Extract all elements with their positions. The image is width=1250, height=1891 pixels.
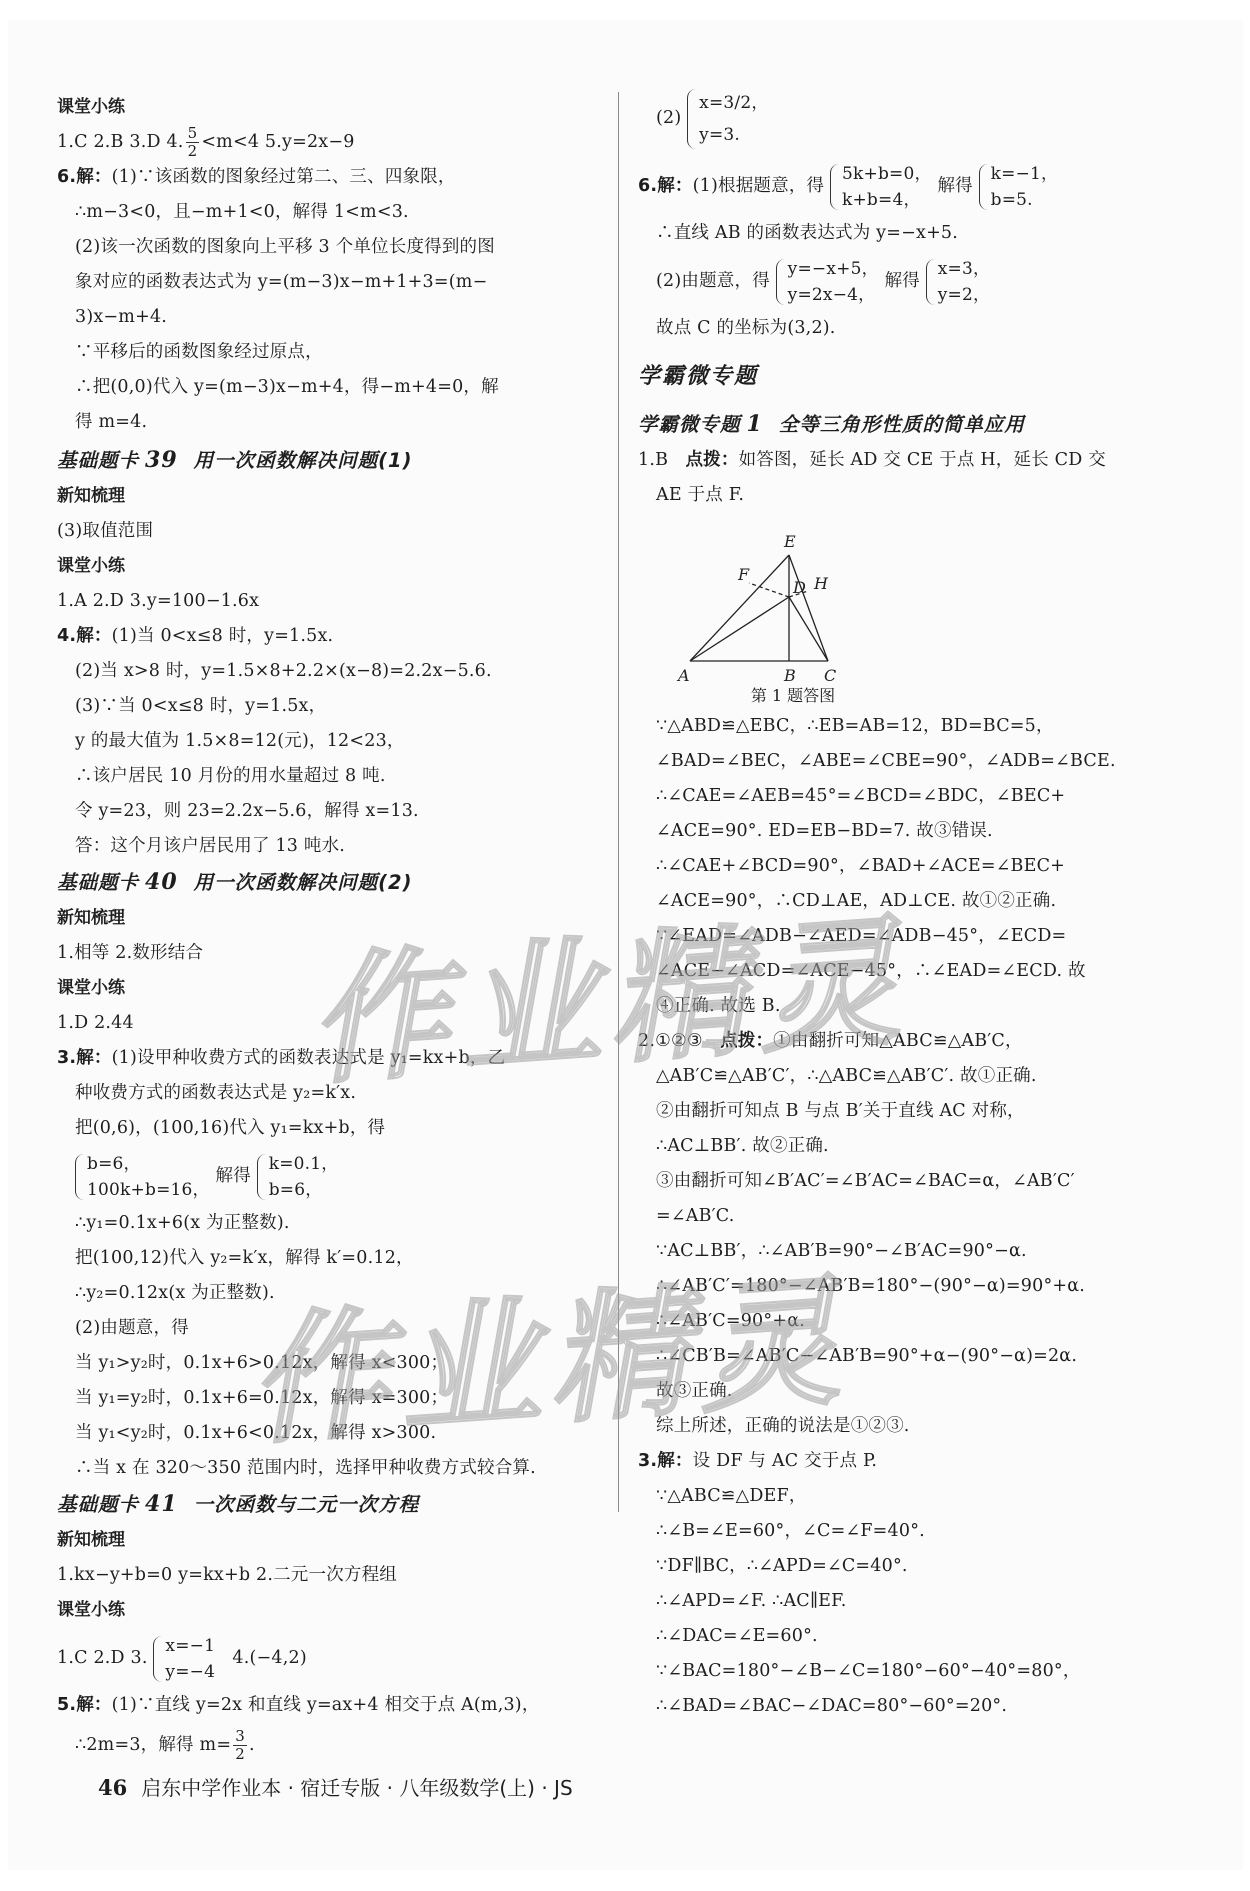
section-xinzhi: 新知梳理 <box>57 1523 612 1558</box>
answer-line: ∴AC⊥BB′. 故②正确. <box>638 1129 1198 1164</box>
answer-line: 当 y₁>y₂时，0.1x+6>0.12x，解得 x<300； <box>57 1346 612 1381</box>
answer-line: ∴∠AB′C′=180°−∠AB′B=180°−(90°−α)=90°+α. <box>638 1269 1198 1304</box>
answer-line: 1.C 2.B 3.D 4.52<m<4 5.y=2x−9 <box>57 125 612 160</box>
answer-line: ∴∠DAC=∠E=60°. <box>638 1619 1198 1654</box>
fraction: 52 <box>186 125 200 160</box>
equation-system: k=0.1，b=6， <box>257 1151 339 1203</box>
left-column: 课堂小练 1.C 2.B 3.D 4.52<m<4 5.y=2x−9 6.解：(… <box>57 90 612 1767</box>
answer-line: ∴2m=3，解得 m=32. <box>57 1723 612 1767</box>
svg-text:B: B <box>783 666 796 683</box>
answer-line: 5.解：(1)∵直线 y=2x 和直线 y=ax+4 相交于点 A(m,3)， <box>57 1688 612 1723</box>
answer-line: 3.解：设 DF 与 AC 交于点 P. <box>638 1444 1198 1479</box>
answer-line: ∵△ABD≌△EBC，∴EB=AB=12，BD=BC=5， <box>638 709 1198 744</box>
answer-line: 3)x−m+4. <box>57 300 612 335</box>
answer-line: ∴把(0,0)代入 y=(m−3)x−m+4，得−m+4=0，解 <box>57 370 612 405</box>
answer-line: ∴∠B=∠E=60°，∠C=∠F=40°. <box>638 1514 1198 1549</box>
answer-line: ∴∠APD=∠F. ∴AC∥EF. <box>638 1584 1198 1619</box>
equation-system: x=−1y=−4 <box>153 1633 215 1685</box>
svg-text:C: C <box>824 666 836 683</box>
answer-line: ∵DF∥BC，∴∠APD=∠C=40°. <box>638 1549 1198 1584</box>
figure-caption: 第 1 题答图 <box>458 683 1198 709</box>
answer-line: ∵平移后的函数图象经过原点， <box>57 335 612 370</box>
answer-page: 课堂小练 1.C 2.B 3.D 4.52<m<4 5.y=2x−9 6.解：(… <box>8 20 1243 1870</box>
svg-text:D: D <box>792 578 806 597</box>
answer-line: 答：这个月该户居民用了 13 吨水. <box>57 829 612 864</box>
equation-system: 5k+b=0，k+b=4， <box>830 161 932 213</box>
answer-line: ∵AC⊥BB′，∴∠AB′B=90°−∠B′AC=90°−α. <box>638 1234 1198 1269</box>
right-column: (2) x=3/2，y=3. 6.解：(1)根据题意，得 5k+b=0，k+b=… <box>638 80 1198 1724</box>
answer-line: ∴y₁=0.1x+6(x 为正整数). <box>57 1206 612 1241</box>
geometry-diagram: E F D H A B C <box>638 513 1198 683</box>
card-40-title: 基础题卡40用一次函数解决问题(2) <box>57 864 612 901</box>
answer-line: 综上所述，正确的说法是①②③. <box>638 1409 1198 1444</box>
svg-text:E: E <box>783 532 796 551</box>
answer-line: ∠ACE=90°. ED=EB−BD=7. 故③错误. <box>638 814 1198 849</box>
equation-system: k=−1，b=5. <box>979 161 1059 213</box>
equation-system-line: b=6，100k+b=16， 解得 k=0.1，b=6， <box>57 1146 612 1206</box>
answer-line: 种收费方式的函数表达式是 y₂=k′x. <box>57 1076 612 1111</box>
page-number: 46 <box>98 1775 127 1800</box>
answer-line: ∴∠CB′B=∠AB′C−∠AB′B=90°+α−(90°−α)=2α. <box>638 1339 1198 1374</box>
answer-line: 象对应的函数表达式为 y=(m−3)x−m+1+3=(m− <box>57 265 612 300</box>
answer-line: 2.①②③ 点拨：①由翻折可知△ABC≌△AB′C， <box>638 1024 1198 1059</box>
answer-line: ∵∠BAC=180°−∠B−∠C=180°−60°−40°=80°， <box>638 1654 1198 1689</box>
answer-line: 1.D 2.44 <box>57 1006 612 1041</box>
svg-text:F: F <box>737 565 750 584</box>
answer-line: 1.kx−y+b=0 y=kx+b 2.二元一次方程组 <box>57 1558 612 1593</box>
answer-line: ②由翻折可知点 B 与点 B′关于直线 AC 对称， <box>638 1094 1198 1129</box>
section-ketang: 课堂小练 <box>57 971 612 1006</box>
answer-line: ∴当 x 在 320～350 范围内时，选择甲种收费方式较合算. <box>57 1451 612 1486</box>
answer-line: 故③正确. <box>638 1374 1198 1409</box>
triangle-figure: E F D H A B C <box>638 513 1198 683</box>
answer-line: 故点 C 的坐标为(3,2). <box>638 311 1198 346</box>
answer-line: ∴∠AB′C=90°+α. <box>638 1304 1198 1339</box>
book-title: 启东中学作业本 · 宿迁专版 · 八年级数学(上) · JS <box>141 1776 572 1800</box>
card-39-title: 基础题卡39用一次函数解决问题(1) <box>57 442 612 479</box>
card-41-title: 基础题卡41一次函数与二元一次方程 <box>57 1486 612 1523</box>
svg-text:A: A <box>676 666 690 683</box>
answer-line: ∵∠EAD=∠ADB−∠AED=∠ADB−45°，∠ECD= <box>638 919 1198 954</box>
answer-line: ∴m−3<0，且−m+1<0，解得 1<m<3. <box>57 195 612 230</box>
equation-system: x=3/2，y=3. <box>687 87 768 151</box>
answer-line: (2)由题意，得 <box>57 1311 612 1346</box>
section-ketang: 课堂小练 <box>57 549 612 584</box>
section-xinzhi: 新知梳理 <box>57 901 612 936</box>
answer-line: 6.解：(1)∵该函数的图象经过第二、三、四象限， <box>57 160 612 195</box>
special-topic-1-title: 学霸微专题1全等三角形性质的简单应用 <box>638 406 1198 443</box>
page-footer: 46启东中学作业本 · 宿迁专版 · 八年级数学(上) · JS <box>98 1772 573 1801</box>
answer-line: 令 y=23，则 23=2.2x−5.6，解得 x=13. <box>57 794 612 829</box>
answer-line: 把(100,12)代入 y₂=k′x，解得 k′=0.12， <box>57 1241 612 1276</box>
answer-line: ∠ACE=90°，∴CD⊥AE，AD⊥CE. 故①②正确. <box>638 884 1198 919</box>
answer-line: ∴直线 AB 的函数表达式为 y=−x+5. <box>638 216 1198 251</box>
answer-line: ④正确. 故选 B. <box>638 989 1198 1024</box>
answer-line: ③由翻折可知∠B′AC′=∠B′AC=∠BAC=α，∠AB′C′ <box>638 1164 1198 1199</box>
answer-line: 1.A 2.D 3.y=100−1.6x <box>57 584 612 619</box>
answer-line: 4.解：(1)当 0<x≤8 时，y=1.5x. <box>57 619 612 654</box>
equation-system: b=6，100k+b=16， <box>75 1151 210 1203</box>
equation-system: y=−x+5，y=2x−4， <box>776 256 879 308</box>
answer-line: ∠BAD=∠BEC，∠ABE=∠CBE=90°，∠ADB=∠BCE. <box>638 744 1198 779</box>
answer-line: 1.B 点拨：如答图，延长 AD 交 CE 于点 H，延长 CD 交 <box>638 443 1198 478</box>
answer-line: ∴∠CAE+∠BCD=90°，∠BAD+∠ACE=∠BEC+ <box>638 849 1198 884</box>
answer-line: 当 y₁<y₂时，0.1x+6<0.12x，解得 x>300. <box>57 1416 612 1451</box>
answer-line: 1.相等 2.数形结合 <box>57 936 612 971</box>
answer-line: 得 m=4. <box>57 405 612 440</box>
special-topic-heading: 学霸微专题 <box>638 352 1198 402</box>
answer-line: △AB′C≌△AB′C′，∴△ABC≌△AB′C′. 故①正确. <box>638 1059 1198 1094</box>
answer-line: (3)取值范围 <box>57 514 612 549</box>
column-divider <box>618 92 619 1512</box>
section-ketang-xiaolian: 课堂小练 <box>57 90 612 125</box>
answer-line: 1.C 2.D 3. x=−1y=−4 4.(−4,2) <box>57 1628 612 1688</box>
answer-line: 6.解：(1)根据题意，得 5k+b=0，k+b=4， 解得 k=−1，b=5. <box>638 156 1198 216</box>
section-xinzhi: 新知梳理 <box>57 479 612 514</box>
answer-line: ∴∠CAE=∠AEB=45°=∠BCD=∠BDC，∠BEC+ <box>638 779 1198 814</box>
svg-text:H: H <box>813 574 829 593</box>
answer-line: (2) x=3/2，y=3. <box>638 80 1198 156</box>
answer-line: ∴∠BAD=∠BAC−∠DAC=80°−60°=20°. <box>638 1689 1198 1724</box>
answer-line: ∵△ABC≌△DEF， <box>638 1479 1198 1514</box>
answer-line: y 的最大值为 1.5×8=12(元)，12<23， <box>57 724 612 759</box>
answer-line: ∴y₂=0.12x(x 为正整数). <box>57 1276 612 1311</box>
answer-line: AE 于点 F. <box>638 478 1198 513</box>
answer-line: =∠AB′C. <box>638 1199 1198 1234</box>
answer-line: 3.解：(1)设甲种收费方式的函数表达式是 y₁=kx+b，乙 <box>57 1041 612 1076</box>
answer-line: (2)该一次函数的图象向上平移 3 个单位长度得到的图 <box>57 230 612 265</box>
answer-line: (2)由题意，得 y=−x+5，y=2x−4， 解得 x=3，y=2， <box>638 251 1198 311</box>
equation-system: x=3，y=2， <box>926 256 990 308</box>
answer-line: 把(0,6)，(100,16)代入 y₁=kx+b，得 <box>57 1111 612 1146</box>
answer-line: 当 y₁=y₂时，0.1x+6=0.12x，解得 x=300； <box>57 1381 612 1416</box>
answer-line: ∴该户居民 10 月份的用水量超过 8 吨. <box>57 759 612 794</box>
section-ketang: 课堂小练 <box>57 1593 612 1628</box>
answer-line: ∠ACE−∠ACD=∠ACE−45°，∴∠EAD=∠ECD. 故 <box>638 954 1198 989</box>
